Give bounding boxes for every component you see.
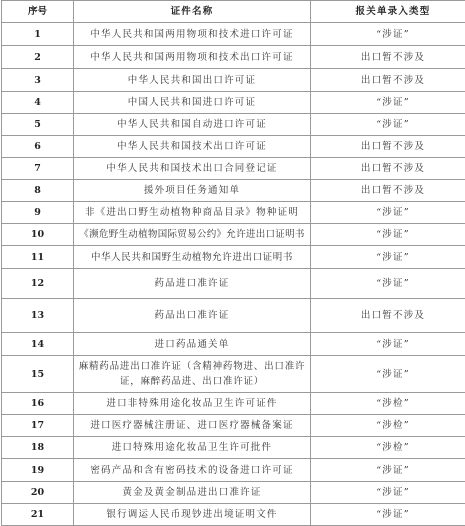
entry-type: “涉证” [311, 333, 465, 356]
table-header-row: 序号 证件名称 报关单录入类型 [2, 1, 465, 23]
entry-type: “涉证” [311, 269, 465, 299]
table-row: 1 中华人民共和国两用物项和技术进口许可证 “涉证” [2, 23, 465, 46]
table-row: 4 中国人民共和国进口许可证 “涉证” [2, 92, 465, 114]
row-number: 2 [2, 46, 74, 69]
certificate-name: 进口特殊用途化妆品卫生许可批件 [74, 437, 311, 459]
certificate-table: 序号 证件名称 报关单录入类型 1 中华人民共和国两用物项和技术进口许可证 “涉… [1, 0, 465, 520]
table-row: 20 黄金及黄金制品进出口准许证 “涉证” [2, 482, 465, 504]
certificate-name: 中华人民共和国两用物项和技术进口许可证 [74, 23, 311, 46]
entry-type: “涉检” [311, 437, 465, 459]
entry-type: 出口暂不涉及 [311, 136, 465, 158]
row-number: 12 [2, 269, 74, 299]
certificate-name: 药品进口准许证 [74, 269, 311, 299]
table-row: 14 进口药品通关单 “涉证” [2, 333, 465, 356]
entry-type: “涉证” [311, 224, 465, 246]
table-row: 17 进口医疗器械注册证、进口医疗器械备案证 “涉检” [2, 415, 465, 437]
row-number: 5 [2, 114, 74, 136]
certificate-name: 中国人民共和国进口许可证 [74, 92, 311, 114]
certificate-name: 银行调运人民币现钞进出境证明文件 [74, 504, 311, 521]
certificate-name: 援外项目任务通知单 [74, 180, 311, 202]
table-row: 18 进口特殊用途化妆品卫生许可批件 “涉检” [2, 437, 465, 459]
certificate-name: 中华人民共和国技术出口合同登记证 [74, 158, 311, 180]
entry-type: “涉检” [311, 393, 465, 415]
table-row: 13 药品出口准许证 出口暂不涉及 [2, 299, 465, 333]
row-number: 7 [2, 158, 74, 180]
entry-type: 出口暂不涉及 [311, 46, 465, 69]
row-number: 6 [2, 136, 74, 158]
entry-type: “涉证” [311, 482, 465, 504]
entry-type: “涉证” [311, 114, 465, 136]
table-row: 9 非《进出口野生动植物种商品目录》物种证明 “涉证” [2, 202, 465, 224]
certificate-name: 中华人民共和国自动进口许可证 [74, 114, 311, 136]
certificate-name: 进口药品通关单 [74, 333, 311, 356]
table-row: 16 进口非特殊用途化妆品卫生许可证件 “涉检” [2, 393, 465, 415]
certificate-name: 进口非特殊用途化妆品卫生许可证件 [74, 393, 311, 415]
row-number: 13 [2, 299, 74, 333]
table-row: 11 中华人民共和国野生动植物允许进出口证明书 “涉证” [2, 246, 465, 269]
entry-type: “涉证” [311, 202, 465, 224]
row-number: 11 [2, 246, 74, 269]
table-row: 21 银行调运人民币现钞进出境证明文件 “涉证” [2, 504, 465, 521]
table-row: 3 中华人民共和国出口许可证 出口暂不涉及 [2, 69, 465, 92]
row-number: 17 [2, 415, 74, 437]
row-number: 9 [2, 202, 74, 224]
certificate-name: 密码产品和含有密码技术的设备进口许可证 [74, 459, 311, 482]
certificate-name: 麻精药品进出口准许证（含精神药物进、出口准许证，麻醉药品进、出口准许证） [74, 356, 311, 393]
certificate-name: 非《进出口野生动植物种商品目录》物种证明 [74, 202, 311, 224]
table-row: 5 中华人民共和国自动进口许可证 “涉证” [2, 114, 465, 136]
entry-type: “涉证” [311, 356, 465, 393]
row-number: 8 [2, 180, 74, 202]
row-number: 15 [2, 356, 74, 393]
entry-type: “涉证” [311, 504, 465, 521]
table-row: 2 中华人民共和国两用物项和技术出口许可证 出口暂不涉及 [2, 46, 465, 69]
certificate-name: 《濒危野生动植物国际贸易公约》允许进出口证明书 [74, 224, 311, 246]
header-serial-number: 序号 [2, 1, 74, 23]
entry-type: “涉证” [311, 23, 465, 46]
row-number: 21 [2, 504, 74, 521]
row-number: 16 [2, 393, 74, 415]
certificate-name: 中华人民共和国出口许可证 [74, 69, 311, 92]
row-number: 4 [2, 92, 74, 114]
row-number: 14 [2, 333, 74, 356]
entry-type: 出口暂不涉及 [311, 158, 465, 180]
table-row: 8 援外项目任务通知单 出口暂不涉及 [2, 180, 465, 202]
entry-type: “涉检” [311, 415, 465, 437]
row-number: 18 [2, 437, 74, 459]
certificate-name: 药品出口准许证 [74, 299, 311, 333]
row-number: 1 [2, 23, 74, 46]
certificate-name: 中华人民共和国野生动植物允许进出口证明书 [74, 246, 311, 269]
table-row: 6 中华人民共和国技术出口许可证 出口暂不涉及 [2, 136, 465, 158]
certificate-name: 中华人民共和国两用物项和技术出口许可证 [74, 46, 311, 69]
table-row: 19 密码产品和含有密码技术的设备进口许可证 “涉证” [2, 459, 465, 482]
table-row: 15 麻精药品进出口准许证（含精神药物进、出口准许证，麻醉药品进、出口准许证） … [2, 356, 465, 393]
certificate-name: 黄金及黄金制品进出口准许证 [74, 482, 311, 504]
entry-type: “涉证” [311, 92, 465, 114]
entry-type: “涉证” [311, 459, 465, 482]
certificate-name: 中华人民共和国技术出口许可证 [74, 136, 311, 158]
table-row: 10 《濒危野生动植物国际贸易公约》允许进出口证明书 “涉证” [2, 224, 465, 246]
certificate-name: 进口医疗器械注册证、进口医疗器械备案证 [74, 415, 311, 437]
entry-type: 出口暂不涉及 [311, 299, 465, 333]
entry-type: 出口暂不涉及 [311, 69, 465, 92]
row-number: 20 [2, 482, 74, 504]
row-number: 19 [2, 459, 74, 482]
table-row: 7 中华人民共和国技术出口合同登记证 出口暂不涉及 [2, 158, 465, 180]
row-number: 3 [2, 69, 74, 92]
table-row: 12 药品进口准许证 “涉证” [2, 269, 465, 299]
row-number: 10 [2, 224, 74, 246]
header-certificate-name: 证件名称 [74, 1, 311, 23]
header-entry-type: 报关单录入类型 [311, 1, 465, 23]
entry-type: “涉证” [311, 246, 465, 269]
entry-type: 出口暂不涉及 [311, 180, 465, 202]
